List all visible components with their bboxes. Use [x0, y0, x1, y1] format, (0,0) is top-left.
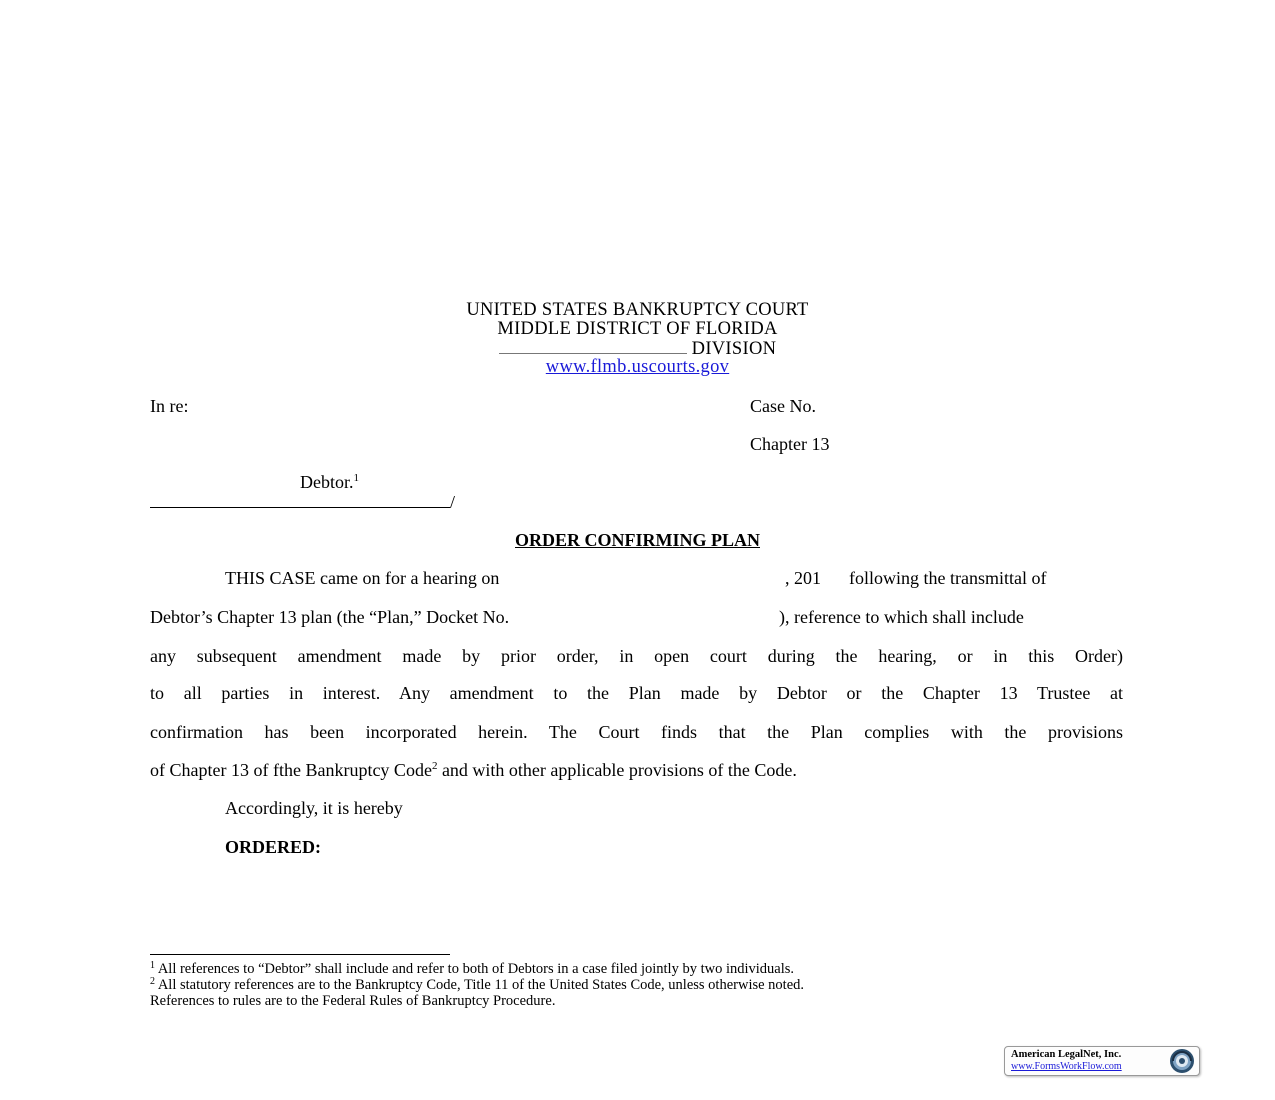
- body-line-5: confirmation has been incorporated herei…: [150, 722, 1123, 742]
- body-line-6: of Chapter 13 of fthe Bankruptcy Code2 a…: [150, 760, 797, 780]
- footnote-2-text: All statutory references are to the Bank…: [155, 977, 804, 993]
- body-line-2b: ), reference to which shall include: [779, 607, 1024, 627]
- body-line-1a: THIS CASE came on for a hearing on: [225, 568, 499, 588]
- footnote-1-text: All references to “Debtor” shall include…: [155, 961, 794, 977]
- court-website-link[interactable]: www.flmb.uscourts.gov: [546, 357, 729, 377]
- docket-number-field[interactable]: [652, 607, 777, 627]
- body-line-6a: of Chapter 13 of fthe Bankruptcy Code: [150, 760, 432, 780]
- footnote-2-continued: References to rules are to the Federal R…: [150, 993, 555, 1009]
- ordered-heading: ORDERED:: [225, 837, 321, 857]
- footnote-ref-1[interactable]: 1: [354, 472, 360, 484]
- caption-underline: [150, 493, 450, 508]
- badge-url-link[interactable]: www.FormsWorkFlow.com: [1011, 1061, 1122, 1072]
- body-line-1c: following the transmittal of: [849, 568, 1046, 588]
- footnote-1: 1 All references to “Debtor” shall inclu…: [150, 961, 794, 977]
- division-label: DIVISION: [692, 339, 777, 359]
- badge-company: American LegalNet, Inc.: [1011, 1049, 1121, 1060]
- footnote-separator: [150, 954, 450, 955]
- chapter-label: Chapter 13: [750, 434, 829, 454]
- in-re-label: In re:: [150, 396, 188, 416]
- body-line-4: to all parties in interest. Any amendmen…: [150, 683, 1123, 703]
- hearing-year: , 201: [785, 568, 821, 588]
- body-line-2a: Debtor’s Chapter 13 plan (the “Plan,” Do…: [150, 607, 509, 627]
- hearing-year-digit-field[interactable]: [833, 568, 847, 588]
- debtor-label: Debtor.1: [300, 472, 359, 492]
- accordingly-text: Accordingly, it is hereby: [225, 798, 403, 818]
- caption-slash: /: [450, 492, 455, 512]
- website-line: www.flmb.uscourts.gov: [0, 358, 1275, 377]
- division-line: DIVISION: [0, 339, 1275, 359]
- globe-logo-icon: [1169, 1048, 1195, 1074]
- body-line-3: any subsequent amendment made by prior o…: [150, 646, 1123, 666]
- hearing-date-field[interactable]: [603, 568, 778, 588]
- case-number-label: Case No.: [750, 396, 816, 416]
- court-name: UNITED STATES BANKRUPTCY COURT: [0, 301, 1275, 320]
- district-name: MIDDLE DISTRICT OF FLORIDA: [0, 320, 1275, 339]
- caption-divider: /: [150, 492, 455, 512]
- body-line-6b: and with other applicable provisions of …: [437, 760, 796, 780]
- document-title: ORDER CONFIRMING PLAN: [0, 530, 1275, 551]
- division-blank[interactable]: [499, 339, 687, 354]
- debtor-text: Debtor.: [300, 472, 354, 492]
- footnote-2: 2 All statutory references are to the Ba…: [150, 977, 804, 993]
- legalnet-badge[interactable]: American LegalNet, Inc. www.FormsWorkFlo…: [1004, 1046, 1200, 1076]
